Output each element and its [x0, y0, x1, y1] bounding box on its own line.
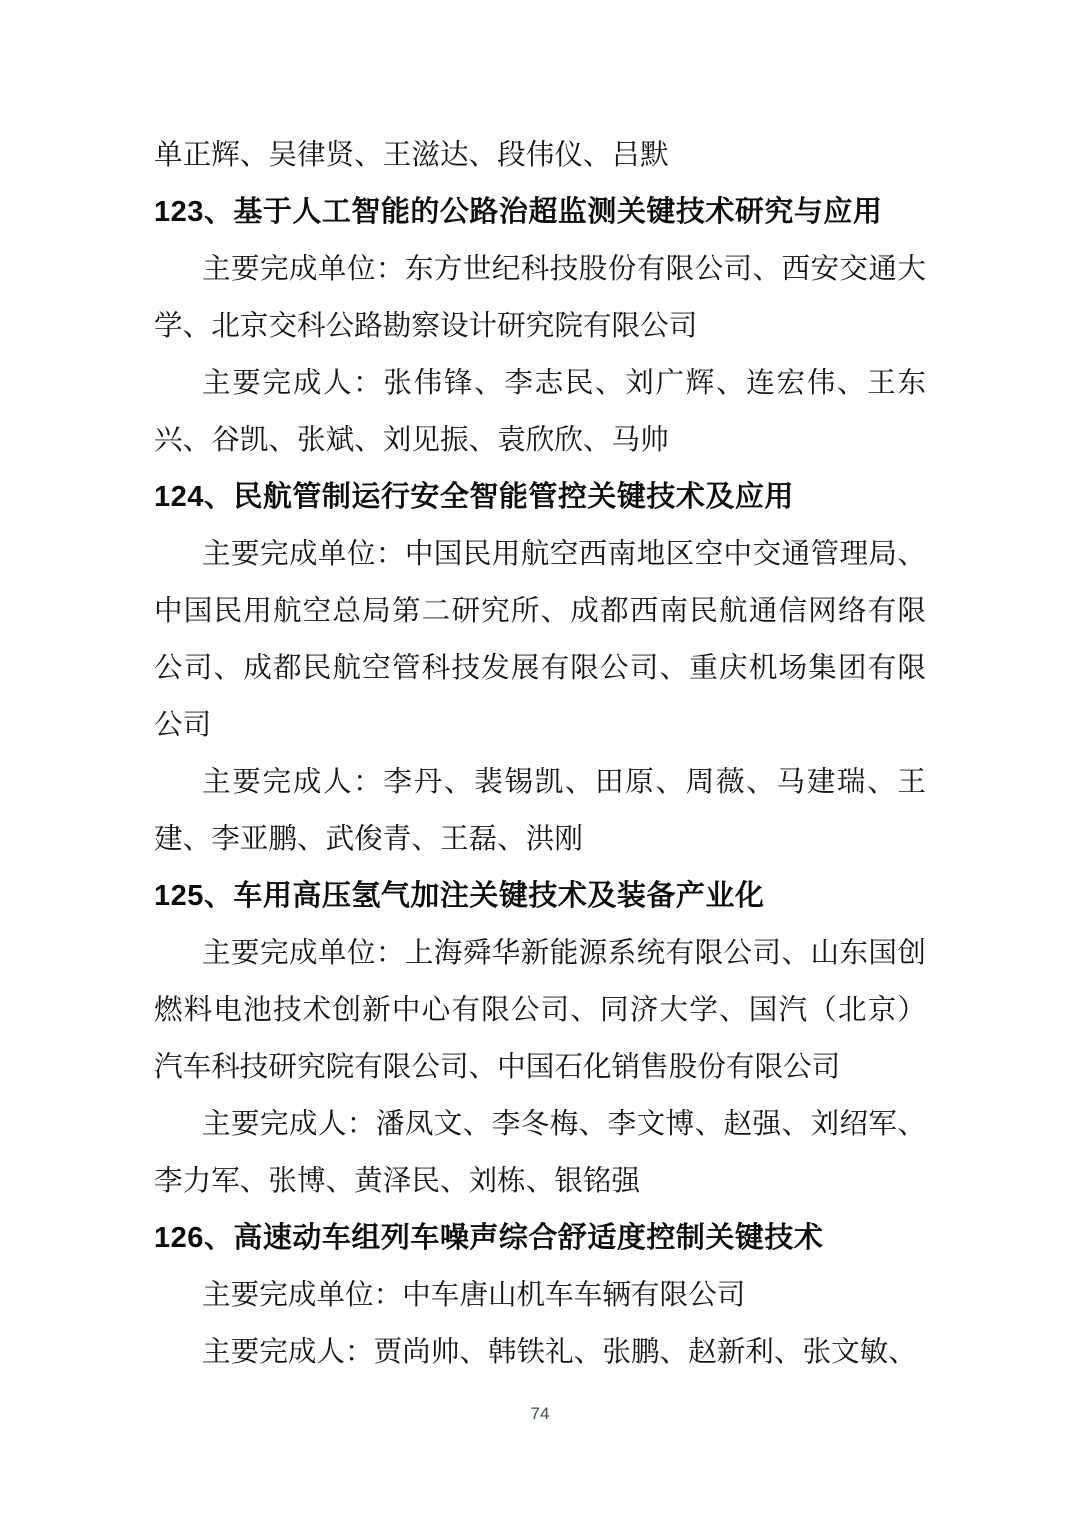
- entry-123-title: 123、基于人工智能的公路治超监测关键技术研究与应用: [154, 184, 926, 241]
- entry-126-title: 126、高速动车组列车噪声综合舒适度控制关键技术: [154, 1210, 926, 1267]
- entry-123-people: 主要完成人：张伟锋、李志民、刘广辉、连宏伟、王东兴、谷凯、张斌、刘见振、袁欣欣、…: [154, 355, 926, 469]
- entry-125-people: 主要完成人：潘凤文、李冬梅、李文博、赵强、刘绍军、李力军、张博、黄泽民、刘栋、银…: [154, 1096, 926, 1210]
- continuation-names: 单正辉、吴律贤、王滋达、段伟仪、吕默: [154, 127, 926, 184]
- award-entry-123: 123、基于人工智能的公路治超监测关键技术研究与应用 主要完成单位：东方世纪科技…: [154, 184, 926, 469]
- entry-124-units: 主要完成单位：中国民用航空西南地区空中交通管理局、中国民用航空总局第二研究所、成…: [154, 526, 926, 754]
- entry-125-units: 主要完成单位：上海舜华新能源系统有限公司、山东国创燃料电池技术创新中心有限公司、…: [154, 925, 926, 1096]
- entry-124-people: 主要完成人：李丹、裴锡凯、田原、周薇、马建瑞、王建、李亚鹏、武俊青、王磊、洪刚: [154, 754, 926, 868]
- document-page: 单正辉、吴律贤、王滋达、段伟仪、吕默 123、基于人工智能的公路治超监测关键技术…: [0, 0, 1080, 1527]
- entry-125-title: 125、车用高压氢气加注关键技术及装备产业化: [154, 868, 926, 925]
- award-entry-126: 126、高速动车组列车噪声综合舒适度控制关键技术 主要完成单位：中车唐山机车车辆…: [154, 1210, 926, 1381]
- page-content: 单正辉、吴律贤、王滋达、段伟仪、吕默 123、基于人工智能的公路治超监测关键技术…: [154, 127, 926, 1381]
- entry-126-units: 主要完成单位：中车唐山机车车辆有限公司: [154, 1267, 926, 1324]
- entry-124-title: 124、民航管制运行安全智能管控关键技术及应用: [154, 469, 926, 526]
- entry-126-people: 主要完成人：贾尚帅、韩铁礼、张鹏、赵新利、张文敏、: [154, 1324, 926, 1381]
- entry-123-units: 主要完成单位：东方世纪科技股份有限公司、西安交通大学、北京交科公路勘察设计研究院…: [154, 241, 926, 355]
- page-number: 74: [0, 1404, 1080, 1424]
- award-entry-125: 125、车用高压氢气加注关键技术及装备产业化 主要完成单位：上海舜华新能源系统有…: [154, 868, 926, 1210]
- award-entry-124: 124、民航管制运行安全智能管控关键技术及应用 主要完成单位：中国民用航空西南地…: [154, 469, 926, 868]
